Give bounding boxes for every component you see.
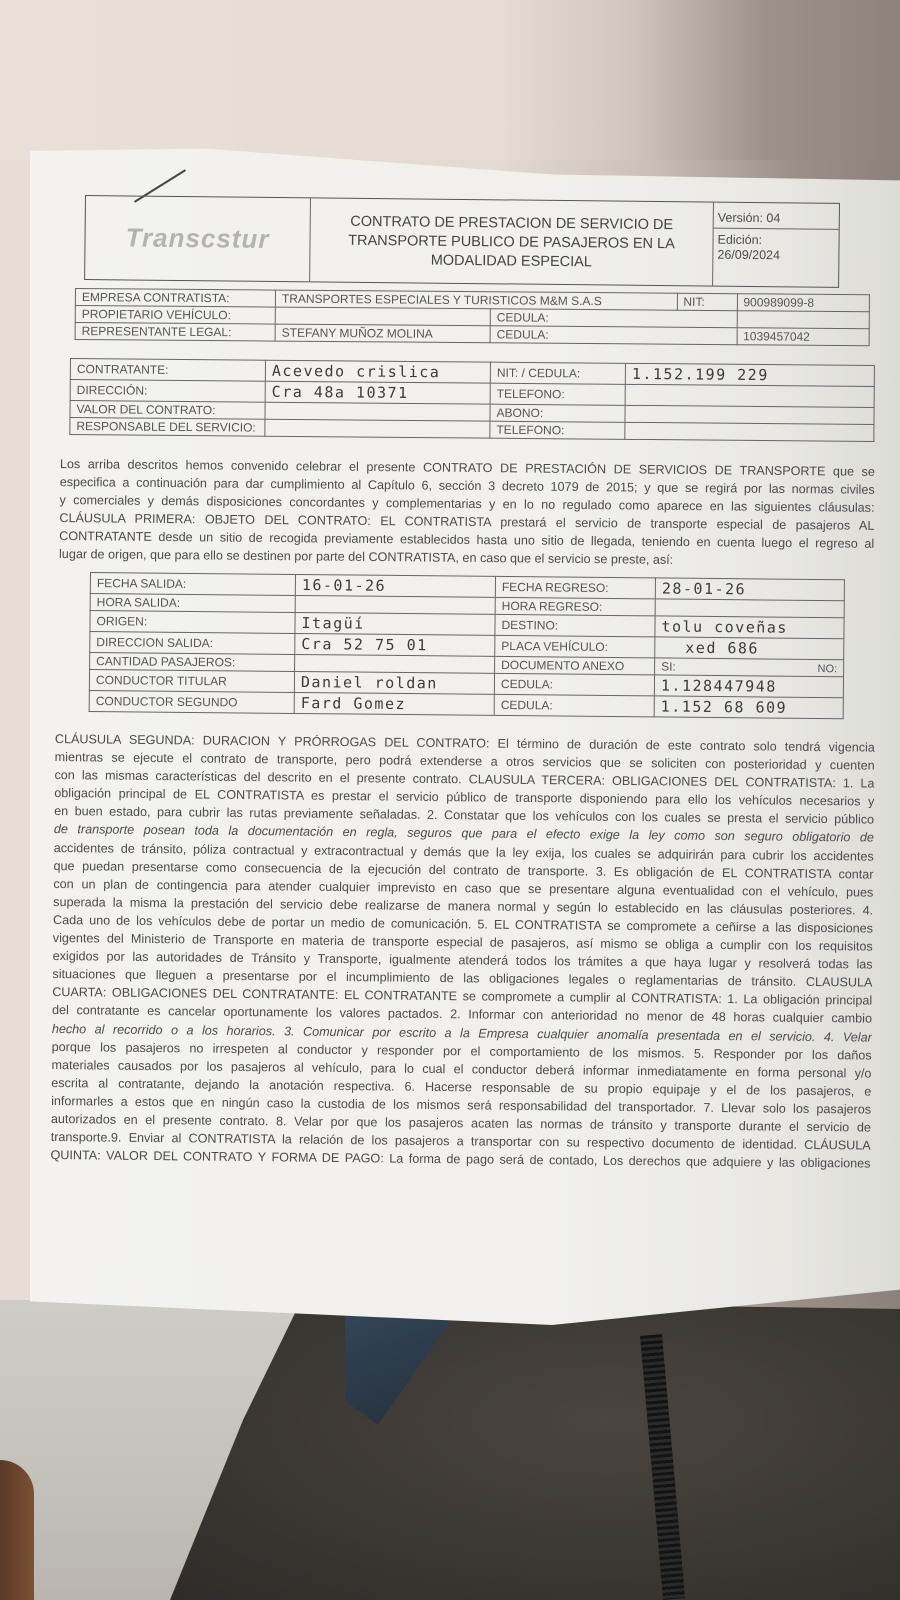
- origen-label: ORIGEN:: [90, 611, 295, 634]
- nit-label: NIT: / CEDULA:: [490, 362, 625, 384]
- company-table: EMPRESA CONTRATISTA: TRANSPORTES ESPECIA…: [75, 288, 870, 346]
- cedula-titular-value: 1.128447948: [654, 675, 843, 698]
- destino-label: DESTINO:: [495, 614, 655, 637]
- cedula-label: CEDULA:: [490, 326, 737, 345]
- edition: Edición: 26/09/2024: [713, 229, 838, 268]
- direccion-salida-value: Cra 52 75 01: [295, 633, 495, 656]
- abono-value: [625, 405, 874, 424]
- cantidad-label: CANTIDAD PASAJEROS:: [90, 653, 295, 672]
- direccion-value: Cra 48a 10371: [265, 381, 490, 404]
- telefono-value: [625, 384, 874, 407]
- valor-label: VALOR DEL CONTRATO:: [70, 401, 265, 420]
- contratante-value: Acevedo crislica: [265, 360, 490, 383]
- document-header: Transcstur CONTRATO DE PRESTACION DE SER…: [84, 195, 840, 288]
- cedula-titular-label: CEDULA:: [494, 673, 654, 696]
- conductor-titular-value: Daniel roldan: [294, 671, 494, 694]
- representante-label: REPRESENTANTE LEGAL:: [75, 323, 275, 342]
- company-logo: Transcstur: [125, 222, 269, 255]
- propietario-label: PROPIETARIO VEHÍCULO:: [75, 306, 275, 325]
- placa-value: xed 686: [655, 637, 844, 660]
- edition-date: 26/09/2024: [717, 248, 834, 264]
- placa-label: PLACA VEHÍCULO:: [495, 635, 655, 658]
- conductor-segundo-label: CONDUCTOR SEGUNDO: [89, 690, 294, 713]
- version-label: Versión: 04: [714, 203, 839, 230]
- finger: [0, 1460, 34, 1600]
- nit-value: 1.152.199 229: [625, 363, 874, 386]
- intro-paragraph: Los arriba descritos hemos convenido cel…: [59, 455, 875, 571]
- telefono-value: [625, 422, 874, 441]
- cedula-value: [737, 311, 870, 329]
- edition-label: Edición:: [717, 233, 834, 249]
- no-checkbox: NO:: [741, 659, 843, 677]
- clauses-paragraph: CLÁUSULA SEGUNDA: DURACION Y PRÓRROGAS D…: [50, 730, 875, 1173]
- destino-value: tolu coveñas: [655, 616, 844, 639]
- conductor-segundo-value: Fard Gomez: [294, 692, 494, 715]
- si-checkbox: SI:: [655, 658, 742, 676]
- cantidad-value: [295, 654, 495, 673]
- direccion-label: DIRECCIÓN:: [70, 380, 265, 403]
- hora-regreso-label: HORA REGRESO:: [495, 597, 655, 616]
- contratante-label: CONTRATANTE:: [70, 359, 265, 382]
- nit-label: NIT:: [677, 293, 737, 310]
- representante-value: STEFANY MUÑOZ MOLINA: [275, 324, 490, 343]
- documento-anexo-label: DOCUMENTO ANEXO: [495, 656, 655, 675]
- telefono-label: TELEFONO:: [490, 421, 625, 439]
- version-cell: Versión: 04 Edición: 26/09/2024: [713, 203, 839, 287]
- fecha-regreso-value: 28-01-26: [655, 578, 844, 601]
- fecha-salida-label: FECHA SALIDA:: [90, 573, 295, 596]
- trip-table: FECHA SALIDA: 16-01-26 FECHA REGRESO: 28…: [89, 572, 845, 719]
- abono-label: ABONO:: [490, 404, 625, 422]
- cedula-segundo-label: CEDULA:: [494, 694, 654, 717]
- valor-value: [265, 402, 490, 421]
- responsable-label: RESPONSABLE DEL SERVICIO:: [70, 418, 265, 437]
- hora-salida-label: HORA SALIDA:: [90, 594, 295, 613]
- hora-salida-value: [295, 595, 495, 614]
- fecha-salida-value: 16-01-26: [295, 574, 495, 597]
- responsable-value: [265, 419, 490, 438]
- cedula-label: CEDULA:: [490, 309, 737, 328]
- empresa-label: EMPRESA CONTRATISTA:: [75, 289, 275, 308]
- telefono-label: TELEFONO:: [490, 383, 625, 405]
- contratante-table: CONTRATANTE: Acevedo crislica NIT: / CED…: [69, 358, 875, 442]
- origen-value: Itagüí: [295, 612, 495, 635]
- propietario-value: [275, 307, 490, 326]
- hora-regreso-value: [655, 599, 844, 618]
- background-wall: [0, 0, 900, 160]
- cedula-segundo-value: 1.152 68 609: [654, 696, 843, 719]
- fecha-regreso-label: FECHA REGRESO:: [495, 576, 655, 599]
- nit-value: 900989099-8: [737, 294, 870, 312]
- document-title: CONTRATO DE PRESTACION DE SERVICIO DE TR…: [310, 198, 714, 285]
- direccion-salida-label: DIRECCION SALIDA:: [90, 632, 295, 655]
- logo-cell: Transcstur: [85, 196, 311, 281]
- conductor-titular-label: CONDUCTOR TITULAR: [89, 670, 294, 693]
- dark-clothing: [170, 1300, 900, 1600]
- cedula-value: 1039457042: [737, 328, 870, 346]
